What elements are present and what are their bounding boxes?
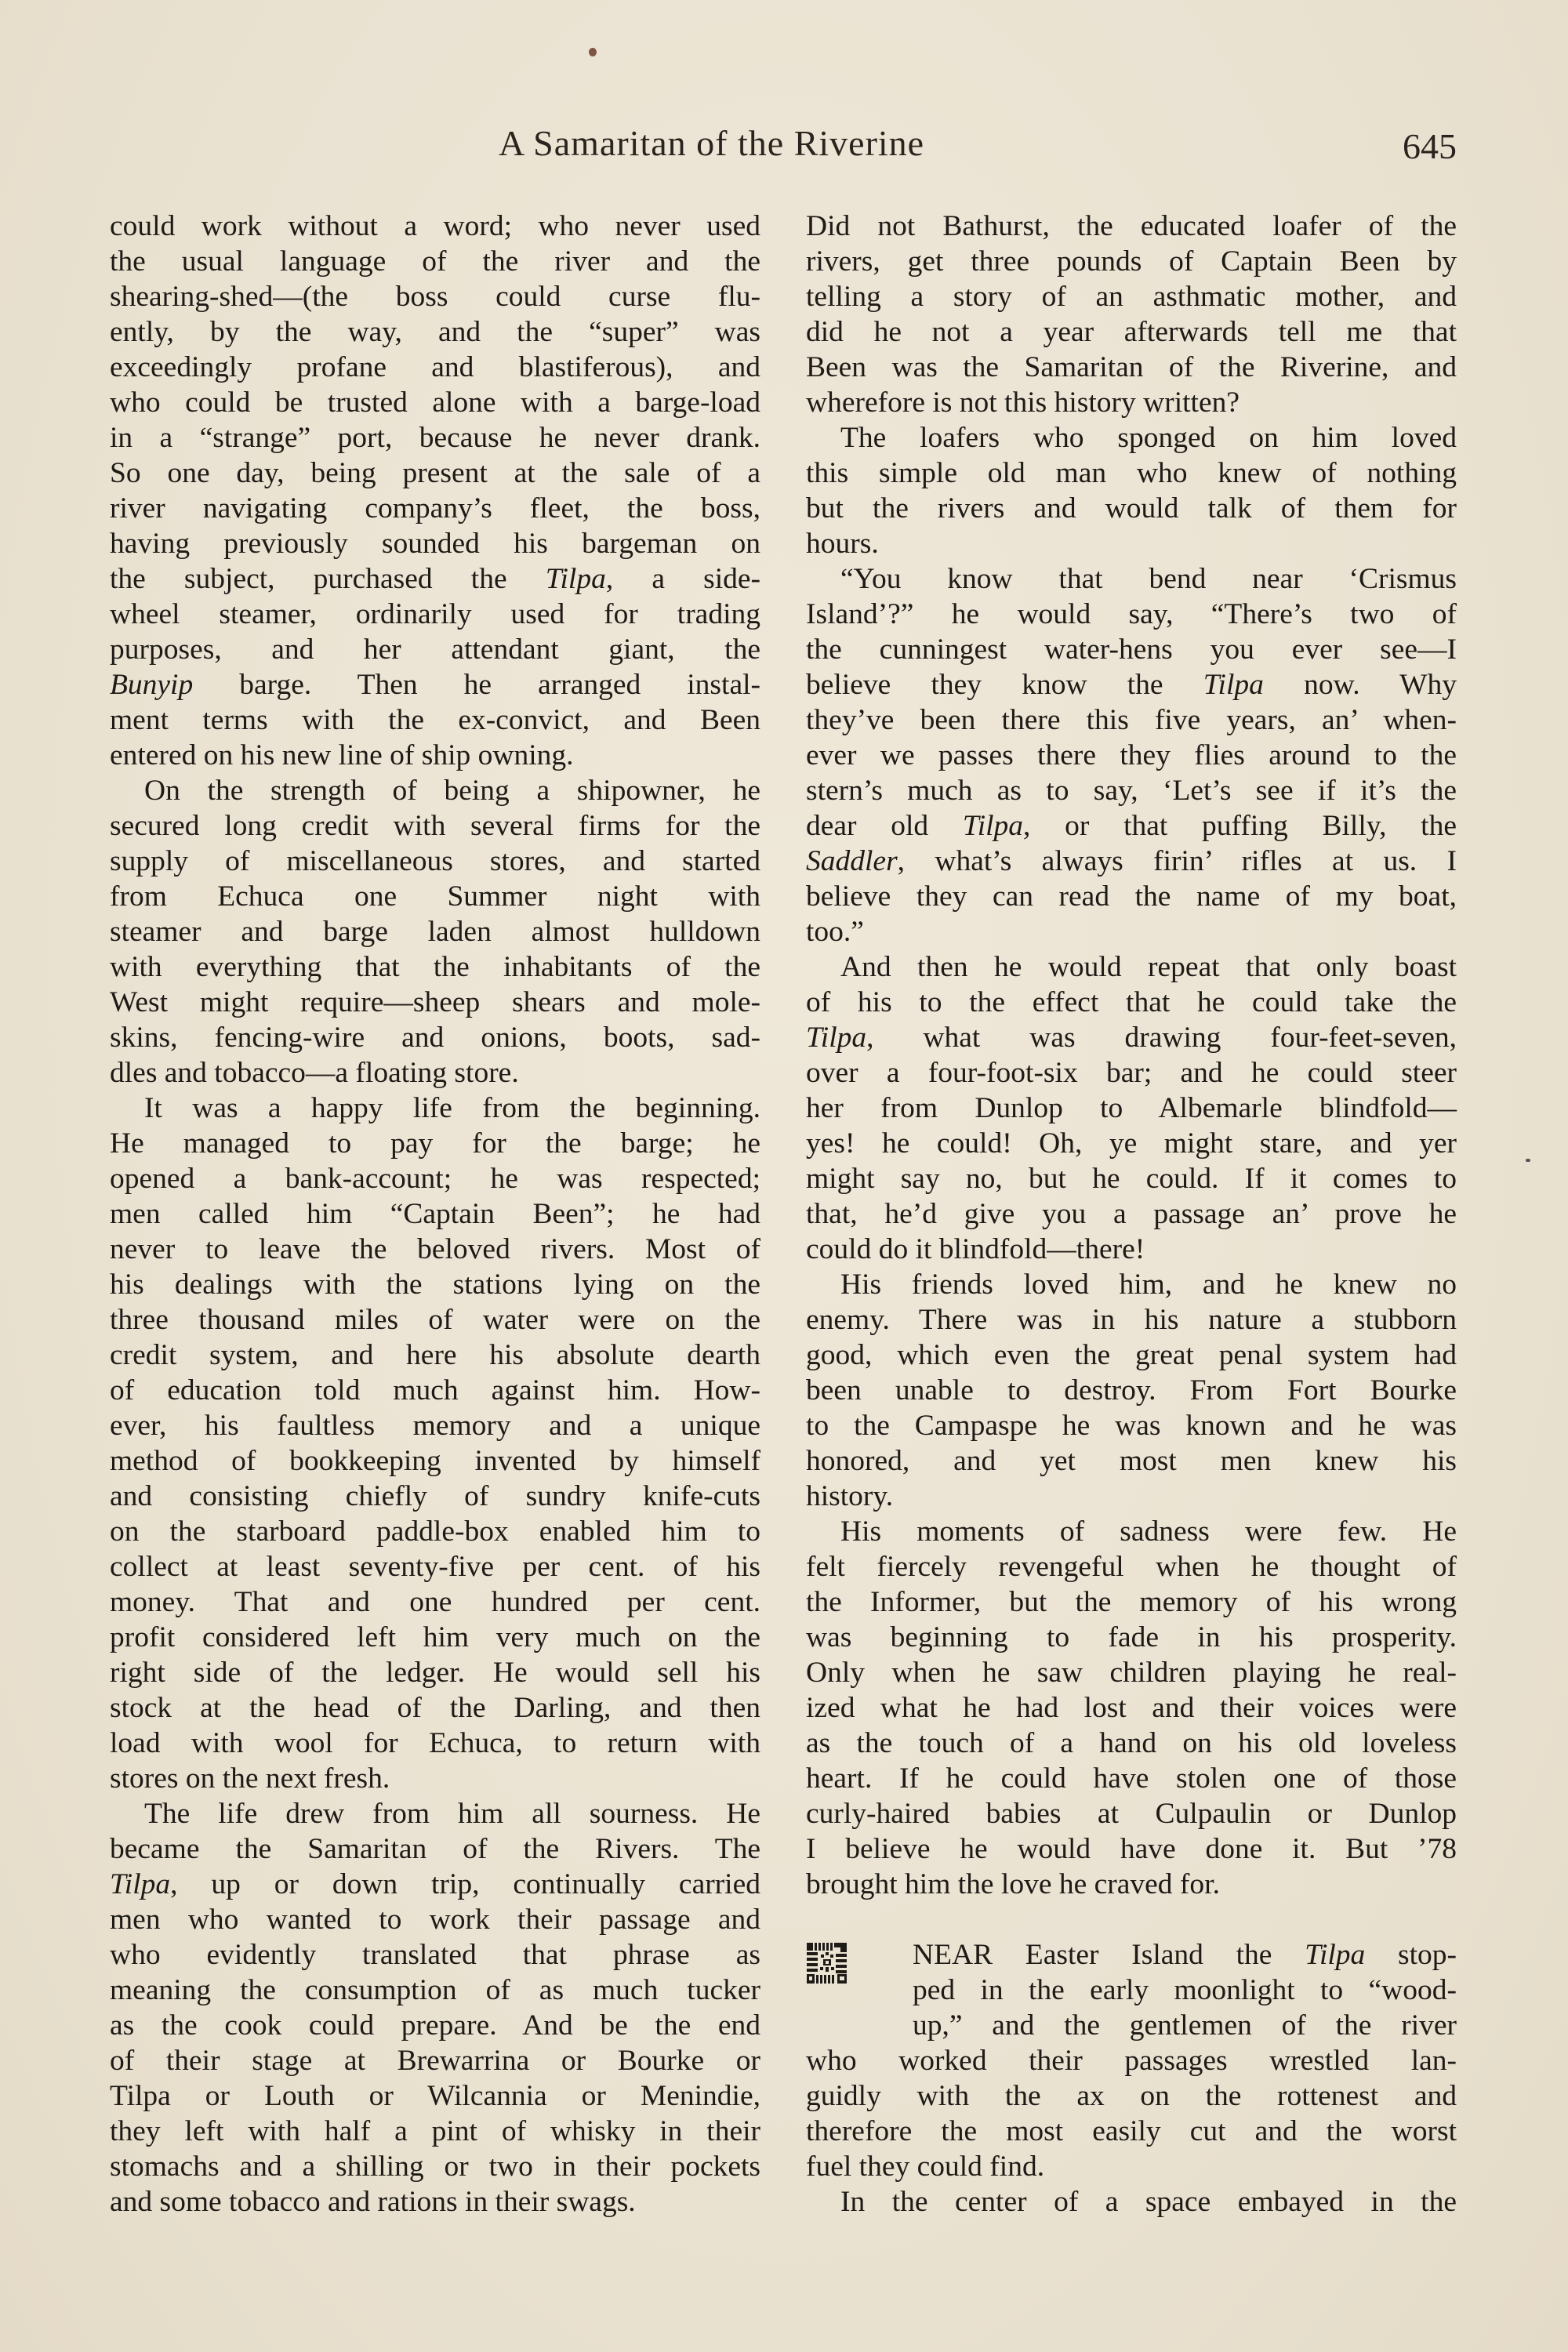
- book-page: A Samaritan of the Riverine 645 could wo…: [0, 0, 1568, 2352]
- text-line: men called him “Captain Been”; he had: [110, 1196, 760, 1232]
- text-line: skins, fencing-wire and onions, boots, s…: [110, 1020, 760, 1055]
- section-ornament-icon: [806, 1942, 848, 1984]
- paragraph: Did not Bathurst, the educated loafer of…: [806, 209, 1457, 420]
- text-line: over a four-foot-six bar; and he could s…: [806, 1055, 1457, 1091]
- paragraph: could work without a word; who never use…: [110, 209, 760, 773]
- paragraph: On the strength of being a shipowner, he…: [110, 773, 760, 1091]
- text-line: His moments of sadness were few. He: [806, 1514, 1457, 1549]
- text-line: with everything that the inhabitants of …: [110, 949, 760, 985]
- text-line: ment terms with the ex-convict, and Been: [110, 702, 760, 738]
- text-line: steamer and barge laden almost hulldown: [110, 914, 760, 949]
- text-line: Island’?” he would say, “There’s two of: [806, 597, 1457, 632]
- text-line: who could be trusted alone with a barge-…: [110, 385, 760, 420]
- text-line: three thousand miles of water were on th…: [110, 1302, 760, 1338]
- text-line: up,” and the gentlemen of the river: [806, 2008, 1457, 2043]
- text-line: but the rivers and would talk of them fo…: [806, 491, 1457, 526]
- text-line: right side of the ledger. He would sell …: [110, 1655, 760, 1690]
- margin-mark: [1526, 1159, 1530, 1162]
- text-line: Been was the Samaritan of the Riverine, …: [806, 350, 1457, 385]
- paper-stain: [589, 48, 597, 56]
- text-line: history.: [806, 1479, 1457, 1514]
- text-line: felt fiercely revengeful when he thought…: [806, 1549, 1457, 1584]
- text-line: Saddler, what’s always firin’ rifles at …: [806, 844, 1457, 879]
- text-line: and consisting chiefly of sundry knife-c…: [110, 1479, 760, 1514]
- running-title: A Samaritan of the Riverine: [499, 122, 924, 164]
- page-number: 645: [1403, 125, 1457, 167]
- italic-title: Tilpa: [806, 1022, 866, 1054]
- text-line: money. That and one hundred per cent.: [110, 1584, 760, 1620]
- text-line: Bunyip barge. Then he arranged instal-: [110, 667, 760, 702]
- text-line: The loafers who sponged on him loved: [806, 420, 1457, 456]
- text-line: hours.: [806, 526, 1457, 561]
- text-line: exceedingly profane and blastiferous), a…: [110, 350, 760, 385]
- text-line: and some tobacco and rations in their sw…: [110, 2184, 760, 2220]
- text-line: the subject, purchased the Tilpa, a side…: [110, 561, 760, 597]
- text-line: his dealings with the stations lying on …: [110, 1267, 760, 1302]
- italic-title: Tilpa: [963, 810, 1023, 842]
- text-line: her from Dunlop to Albemarle blindfold—: [806, 1091, 1457, 1126]
- paragraph: It was a happy life from the beginning.H…: [110, 1091, 760, 1796]
- text-line: brought him the love he craved for.: [806, 1867, 1457, 1902]
- text-line: Tilpa or Louth or Wilcannia or Menindie,: [110, 2078, 760, 2114]
- text-line: honored, and yet most men knew his: [806, 1443, 1457, 1479]
- text-line: believe they know the Tilpa now. Why: [806, 667, 1457, 702]
- section-break: NEAR Easter Island the Tilpa stop-ped in…: [806, 1937, 1457, 2184]
- text-line: dear old Tilpa, or that puffing Billy, t…: [806, 808, 1457, 844]
- text-line: heart. If he could have stolen one of th…: [806, 1761, 1457, 1796]
- paragraph: The loafers who sponged on him lovedthis…: [806, 420, 1457, 561]
- text-line: supply of miscellaneous stores, and star…: [110, 844, 760, 879]
- text-line: profit considered left him very much on …: [110, 1620, 760, 1655]
- text-line: stern’s much as to say, ‘Let’s see if it…: [806, 773, 1457, 808]
- text-line: the Informer, but the memory of his wron…: [806, 1584, 1457, 1620]
- text-line: meaning the consumption of as much tucke…: [110, 1973, 760, 2008]
- text-line: this simple old man who knew of nothing: [806, 456, 1457, 491]
- text-line: could do it blindfold—there!: [806, 1232, 1457, 1267]
- text-line: In the center of a space embayed in the: [806, 2184, 1457, 2220]
- paragraph: The life drew from him all sourness. Heb…: [110, 1796, 760, 2220]
- text-line: ever, his faultless memory and a unique: [110, 1408, 760, 1443]
- text-line: in a “strange” port, because he never dr…: [110, 420, 760, 456]
- text-line: Tilpa, up or down trip, continually carr…: [110, 1867, 760, 1902]
- text-line: became the Samaritan of the Rivers. The: [110, 1831, 760, 1867]
- text-line: the usual language of the river and the: [110, 244, 760, 279]
- text-line: entered on his new line of ship owning.: [110, 738, 760, 773]
- text-line: might say no, but he could. If it comes …: [806, 1161, 1457, 1196]
- text-line: believe they can read the name of my boa…: [806, 879, 1457, 914]
- text-line: ever we passes there they flies around t…: [806, 738, 1457, 773]
- text-line: His friends loved him, and he knew no: [806, 1267, 1457, 1302]
- text-line: load with wool for Echuca, to return wit…: [110, 1726, 760, 1761]
- text-line: curly-haired babies at Culpaulin or Dunl…: [806, 1796, 1457, 1831]
- text-line: rivers, get three pounds of Captain Been…: [806, 244, 1457, 279]
- text-line: having previously sounded his bargeman o…: [110, 526, 760, 561]
- text-line: guidly with the ax on the rottenest and: [806, 2078, 1457, 2114]
- paragraph: His friends loved him, and he knew noene…: [806, 1267, 1457, 1514]
- text-line: was beginning to fade in his prosperity.: [806, 1620, 1457, 1655]
- text-line: stock at the head of the Darling, and th…: [110, 1690, 760, 1726]
- text-line: of their stage at Brewarrina or Bourke o…: [110, 2043, 760, 2078]
- text-line: men who wanted to work their passage and: [110, 1902, 760, 1937]
- text-line: therefore the most easily cut and the wo…: [806, 2114, 1457, 2149]
- text-line: of his to the effect that he could take …: [806, 985, 1457, 1020]
- section-opening-paragraph: NEAR Easter Island the Tilpa stop-ped in…: [806, 1937, 1457, 2184]
- text-line: On the strength of being a shipowner, he: [110, 773, 760, 808]
- text-line: wheel steamer, ordinarily used for tradi…: [110, 597, 760, 632]
- text-line: “You know that bend near ‘Crismus: [806, 561, 1457, 597]
- text-line: collect at least seventy-five per cent. …: [110, 1549, 760, 1584]
- paragraph: And then he would repeat that only boast…: [806, 949, 1457, 1267]
- text-line: West might require—sheep shears and mole…: [110, 985, 760, 1020]
- text-line: the cunningest water-hens you ever see—I: [806, 632, 1457, 667]
- italic-title: Bunyip: [110, 669, 193, 701]
- text-line: they left with half a pint of whisky in …: [110, 2114, 760, 2149]
- text-line: opened a bank-account; he was respected;: [110, 1161, 760, 1196]
- text-line: as the cook could prepare. And be the en…: [110, 2008, 760, 2043]
- text-line: Only when he saw children playing he rea…: [806, 1655, 1457, 1690]
- paragraph: “You know that bend near ‘CrismusIsland’…: [806, 561, 1457, 949]
- text-line: shearing-shed—(the boss could curse flu-: [110, 279, 760, 314]
- text-line: who evidently translated that phrase as: [110, 1937, 760, 1973]
- text-line: of education told much against him. How-: [110, 1373, 760, 1408]
- text-line: ently, by the way, and the “super” was: [110, 314, 760, 350]
- text-line: purposes, and her attendant giant, the: [110, 632, 760, 667]
- text-line: stores on the next fresh.: [110, 1761, 760, 1796]
- text-line: wherefore is not this history written?: [806, 385, 1457, 420]
- text-line: It was a happy life from the beginning.: [110, 1091, 760, 1126]
- text-line: enemy. There was in his nature a stubbor…: [806, 1302, 1457, 1338]
- running-head: A Samaritan of the Riverine 645: [499, 122, 1457, 169]
- text-line: Tilpa, what was drawing four-feet-seven,: [806, 1020, 1457, 1055]
- text-line: So one day, being present at the sale of…: [110, 456, 760, 491]
- text-line: ped in the early moonlight to “wood-: [806, 1973, 1457, 2008]
- italic-title: Tilpa: [1305, 1939, 1365, 1971]
- text-line: they’ve been there this five years, an’ …: [806, 702, 1457, 738]
- italic-title: Tilpa: [110, 1868, 170, 1900]
- text-line: yes! he could! Oh, ye might stare, and y…: [806, 1126, 1457, 1161]
- text-line: fuel they could find.: [806, 2149, 1457, 2184]
- text-line: secured long credit with several firms f…: [110, 808, 760, 844]
- text-line: method of bookkeeping invented by himsel…: [110, 1443, 760, 1479]
- paragraph: In the center of a space embayed in the: [806, 2184, 1457, 2220]
- text-line: I believe he would have done it. But ’78: [806, 1831, 1457, 1867]
- text-line: that, he’d give you a passage an’ prove …: [806, 1196, 1457, 1232]
- right-column: Did not Bathurst, the educated loafer of…: [806, 209, 1457, 2220]
- text-line: good, which even the great penal system …: [806, 1338, 1457, 1373]
- text-line: stomachs and a shilling or two in their …: [110, 2149, 760, 2184]
- italic-title: Tilpa: [546, 563, 606, 595]
- text-line: dles and tobacco—a floating store.: [110, 1055, 760, 1091]
- text-line: as the touch of a hand on his old lovele…: [806, 1726, 1457, 1761]
- text-line: been unable to destroy. From Fort Bourke: [806, 1373, 1457, 1408]
- text-line: could work without a word; who never use…: [110, 209, 760, 244]
- text-line: to the Campaspe he was known and he was: [806, 1408, 1457, 1443]
- text-line: who worked their passages wrestled lan-: [806, 2043, 1457, 2078]
- text-line: credit system, and here his absolute dea…: [110, 1338, 760, 1373]
- text-line: NEAR Easter Island the Tilpa stop-: [806, 1937, 1457, 1973]
- italic-title: Saddler: [806, 845, 898, 877]
- text-line: He managed to pay for the barge; he: [110, 1126, 760, 1161]
- text-line: ized what he had lost and their voices w…: [806, 1690, 1457, 1726]
- paragraph: His moments of sadness were few. Hefelt …: [806, 1514, 1457, 1902]
- text-line: telling a story of an asthmatic mother, …: [806, 279, 1457, 314]
- text-line: And then he would repeat that only boast: [806, 949, 1457, 985]
- text-line: too.”: [806, 914, 1457, 949]
- text-line: from Echuca one Summer night with: [110, 879, 760, 914]
- text-line: did he not a year afterwards tell me tha…: [806, 314, 1457, 350]
- text-line: river navigating company’s fleet, the bo…: [110, 491, 760, 526]
- text-line: on the starboard paddle-box enabled him …: [110, 1514, 760, 1549]
- text-line: never to leave the beloved rivers. Most …: [110, 1232, 760, 1267]
- text-line: Did not Bathurst, the educated loafer of…: [806, 209, 1457, 244]
- italic-title: Tilpa: [1203, 669, 1264, 701]
- left-column: could work without a word; who never use…: [110, 209, 760, 2220]
- text-line: The life drew from him all sourness. He: [110, 1796, 760, 1831]
